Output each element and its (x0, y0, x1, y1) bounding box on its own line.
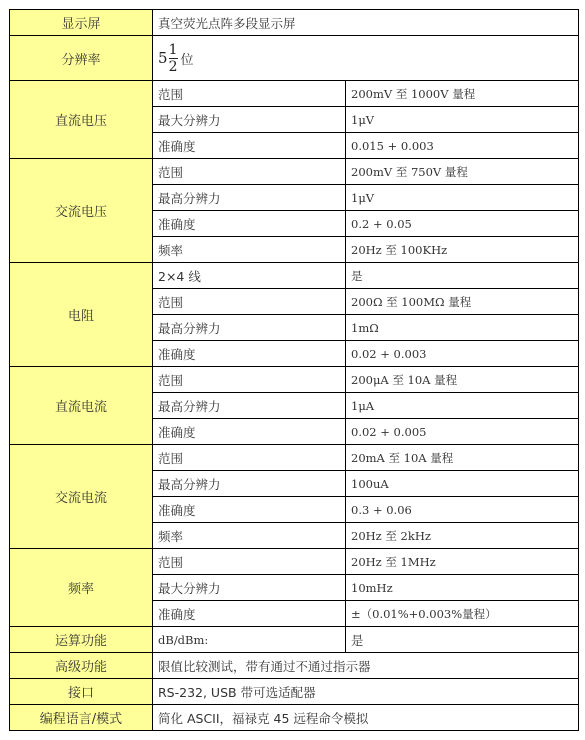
cat-programming: 编程语言/模式 (10, 705, 153, 731)
digits-whole: 5 (158, 49, 168, 67)
advanced-value: 限值比较测试，带有通过不通过指示器 (153, 653, 579, 679)
spec-value: 200Ω 至 100MΩ 量程 (346, 289, 579, 315)
cat-resolution: 分辨率 (10, 36, 153, 81)
math-sub: dB/dBm: (153, 627, 346, 653)
interface-value: RS-232, USB 带可选适配器 (153, 679, 579, 705)
spec-label: 准确度 (153, 601, 346, 627)
spec-label: 准确度 (153, 497, 346, 523)
spec-label: 准确度 (153, 133, 346, 159)
spec-label: 范围 (153, 549, 346, 575)
math-value: 是 (346, 627, 579, 653)
row-programming: 编程语言/模式 简化 ASCII，福禄克 45 远程命令模拟 (10, 705, 579, 731)
spec-value: 0.02 + 0.003 (346, 341, 579, 367)
spec-label: 频率 (153, 237, 346, 263)
programming-value: 简化 ASCII，福禄克 45 远程命令模拟 (153, 705, 579, 731)
spec-label: 最高分辨力 (153, 393, 346, 419)
spec-row: 直流电压范围200mV 至 1000V 量程 (10, 81, 579, 107)
cat-interface: 接口 (10, 679, 153, 705)
category-cell: 电阻 (10, 263, 153, 367)
spec-value: 20mA 至 10A 量程 (346, 445, 579, 471)
cat-display: 显示屏 (10, 10, 153, 36)
spec-value: 1mΩ (346, 315, 579, 341)
spec-value: 0.2 + 0.05 (346, 211, 579, 237)
spec-value: 100uA (346, 471, 579, 497)
spec-row: 电阻2×4 线是 (10, 263, 579, 289)
spec-value: ±（0.01%+0.003%量程） (346, 601, 579, 627)
spec-label: 最高分辨力 (153, 315, 346, 341)
spec-label: 范围 (153, 445, 346, 471)
digits-fraction: 5 1 2 位 (158, 43, 194, 74)
category-cell: 频率 (10, 549, 153, 627)
spec-label: 范围 (153, 159, 346, 185)
cat-advanced: 高级功能 (10, 653, 153, 679)
spec-value: 是 (346, 263, 579, 289)
spec-label: 频率 (153, 523, 346, 549)
spec-value: 200mV 至 750V 量程 (346, 159, 579, 185)
spec-value: 20Hz 至 1MHz (346, 549, 579, 575)
fraction-numerator: 1 (169, 43, 178, 57)
row-display: 显示屏 真空荧光点阵多段显示屏 (10, 10, 579, 36)
spec-label: 准确度 (153, 341, 346, 367)
spec-label: 范围 (153, 289, 346, 315)
display-value: 真空荧光点阵多段显示屏 (153, 10, 579, 36)
spec-label: 最大分辨力 (153, 575, 346, 601)
fraction-denominator: 2 (169, 60, 178, 74)
spec-value: 0.3 + 0.06 (346, 497, 579, 523)
spec-value: 0.02 + 0.005 (346, 419, 579, 445)
digits-unit: 位 (181, 49, 194, 68)
spec-value: 200mV 至 1000V 量程 (346, 81, 579, 107)
resolution-value: 5 1 2 位 (153, 36, 579, 81)
spec-label: 准确度 (153, 419, 346, 445)
category-cell: 交流电压 (10, 159, 153, 263)
spec-label: 最高分辨力 (153, 471, 346, 497)
category-cell: 直流电流 (10, 367, 153, 445)
spec-label: 范围 (153, 81, 346, 107)
spec-label: 最高分辨力 (153, 185, 346, 211)
spec-row: 交流电流范围20mA 至 10A 量程 (10, 445, 579, 471)
row-resolution: 分辨率 5 1 2 位 (10, 36, 579, 81)
spec-table: 显示屏 真空荧光点阵多段显示屏 分辨率 5 1 2 位 直流电压范围200mV … (9, 9, 579, 731)
spec-value: 10mHz (346, 575, 579, 601)
category-cell: 直流电压 (10, 81, 153, 159)
spec-value: 1μV (346, 107, 579, 133)
spec-value: 20Hz 至 2kHz (346, 523, 579, 549)
spec-value: 0.015 + 0.003 (346, 133, 579, 159)
spec-value: 1μA (346, 393, 579, 419)
category-cell: 交流电流 (10, 445, 153, 549)
spec-row: 直流电流范围200μA 至 10A 量程 (10, 367, 579, 393)
spec-value: 200μA 至 10A 量程 (346, 367, 579, 393)
spec-label: 准确度 (153, 211, 346, 237)
spec-value: 1μV (346, 185, 579, 211)
fraction-stack: 1 2 (169, 43, 178, 74)
spec-row: 交流电压范围200mV 至 750V 量程 (10, 159, 579, 185)
row-interface: 接口 RS-232, USB 带可选适配器 (10, 679, 579, 705)
measurement-groups: 直流电压范围200mV 至 1000V 量程最大分辨力1μV准确度0.015 +… (10, 81, 579, 627)
cat-math: 运算功能 (10, 627, 153, 653)
spec-row: 频率范围20Hz 至 1MHz (10, 549, 579, 575)
spec-label: 范围 (153, 367, 346, 393)
row-math: 运算功能 dB/dBm: 是 (10, 627, 579, 653)
spec-value: 20Hz 至 100KHz (346, 237, 579, 263)
row-advanced: 高级功能 限值比较测试，带有通过不通过指示器 (10, 653, 579, 679)
spec-label: 2×4 线 (153, 263, 346, 289)
spec-label: 最大分辨力 (153, 107, 346, 133)
